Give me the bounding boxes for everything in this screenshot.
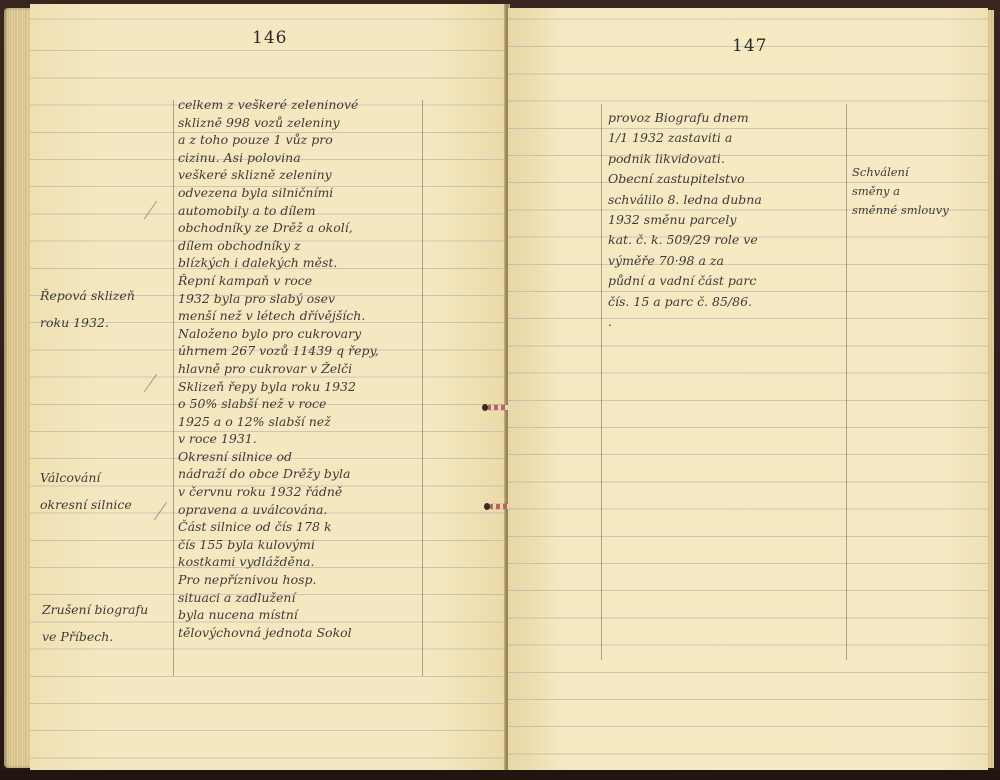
body-line: výměře 70·98 a za <box>608 251 762 271</box>
body-line: v červnu roku 1932 řádně <box>178 483 379 501</box>
body-line: byla nucena místní <box>178 606 379 624</box>
body-text: provoz Biografu dnem 1/1 1932 zastaviti … <box>608 108 762 332</box>
body-line: obchodníky ze Drěž a okolí, <box>178 219 379 237</box>
body-line: cizinu. Asi polovina <box>178 149 379 167</box>
margin-note-line: Zrušení biografu <box>42 596 148 623</box>
body-line: 1932 směnu parcely <box>608 210 762 230</box>
body-line: odvezena byla silničními <box>178 184 379 202</box>
page-number: 146 <box>252 28 287 48</box>
left-page: 146 Řepová sklizeň roku 1932. Válcování … <box>30 4 506 770</box>
body-line: Naloženo bylo pro cukrovary <box>178 325 379 343</box>
body-line: kostkami vydlážděna. <box>178 553 379 571</box>
body-line: blízkých i dalekých měst. <box>178 254 379 272</box>
body-line: čís. 15 a parc č. 85/86. <box>608 292 762 312</box>
body-column-divider <box>422 100 423 676</box>
body-line: situaci a zadlužení <box>178 589 379 607</box>
margin-column-divider <box>601 104 602 660</box>
margin-note-line: okresní silnice <box>40 491 132 518</box>
margin-column-divider <box>173 100 174 676</box>
body-line: veškeré sklizně zeleniny <box>178 166 379 184</box>
body-line: menší než v létech dřívějších. <box>178 307 379 325</box>
body-column-divider <box>846 104 847 660</box>
body-line: nádraží do obce Drěžy byla <box>178 465 379 483</box>
body-line: úhrnem 267 vozů 11439 q řepy, <box>178 342 379 360</box>
body-line: Obecní zastupitelstvo <box>608 169 762 189</box>
margin-note-line: ve Příbech. <box>42 623 148 650</box>
body-line: 1/1 1932 zastaviti a <box>608 128 762 148</box>
body-text: celkem z veškeré zeleninové sklizně 998 … <box>178 96 379 641</box>
body-line: provoz Biografu dnem <box>608 108 762 128</box>
body-line: čís 155 byla kulovými <box>178 536 379 554</box>
body-line: Sklizeň řepy byla roku 1932 <box>178 378 379 396</box>
body-line: automobily a to dílem <box>178 202 379 220</box>
body-line: 1932 byla pro slabý osev <box>178 290 379 308</box>
right-page: 147 provoz Biografu dnem 1/1 1932 zastav… <box>508 8 988 770</box>
margin-note: Zrušení biografu ve Příbech. <box>42 596 148 650</box>
body-line: Okresní silnice od <box>178 448 379 466</box>
book-cover-bottom <box>0 770 1000 780</box>
margin-note-line: Řepová sklizeň <box>40 282 135 309</box>
body-line: tělovýchovná jednota Sokol <box>178 624 379 642</box>
body-line: Řepní kampaň v roce <box>178 272 379 290</box>
margin-note-line: Válcování <box>40 464 132 491</box>
body-line: . <box>608 312 762 332</box>
body-line: sklizně 998 vozů zeleniny <box>178 114 379 132</box>
margin-note: Schválení směny a směnné smlouvy <box>852 163 949 220</box>
body-line: schválilo 8. ledna dubna <box>608 190 762 210</box>
body-line: kat. č. k. 509/29 role ve <box>608 230 762 250</box>
body-line: dílem obchodníky z <box>178 237 379 255</box>
page-number: 147 <box>732 36 767 56</box>
body-line: hlavně pro cukrovar v Želči <box>178 360 379 378</box>
body-line: opravena a uválcována. <box>178 501 379 519</box>
body-line: o 50% slabší než v roce <box>178 395 379 413</box>
body-line: podnik likvidovati. <box>608 149 762 169</box>
body-line: půdní a vadní část parc <box>608 271 762 291</box>
body-line: 1925 a o 12% slabší než <box>178 413 379 431</box>
body-line: Pro nepříznivou hosp. <box>178 571 379 589</box>
margin-note-line: Schválení <box>852 163 949 182</box>
margin-note: Válcování okresní silnice <box>40 464 132 518</box>
margin-note-line: směnné smlouvy <box>852 201 949 220</box>
margin-note-line: roku 1932. <box>40 309 135 336</box>
margin-note: Řepová sklizeň roku 1932. <box>40 282 135 336</box>
body-line: v roce 1931. <box>178 430 379 448</box>
body-line: Část silnice od čís 178 k <box>178 518 379 536</box>
body-line: celkem z veškeré zeleninové <box>178 96 379 114</box>
margin-note-line: směny a <box>852 182 949 201</box>
body-line: a z toho pouze 1 vůz pro <box>178 131 379 149</box>
